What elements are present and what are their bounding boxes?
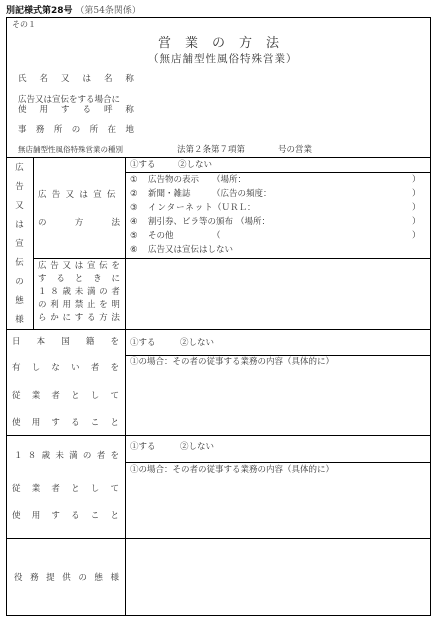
minor-no-option[interactable]: ②しない [180, 443, 214, 452]
business-type-number-input[interactable] [252, 144, 274, 156]
minor-ad-label-line: 広告又は宣伝を [38, 262, 120, 271]
divider [6, 157, 431, 158]
ad-option-num[interactable]: ⑤ [130, 232, 138, 241]
minor-label-line: １８歳未満の者を [14, 452, 119, 461]
ad-option-detail: （ [212, 232, 221, 241]
minor-ad-label-line: するときに [38, 275, 120, 284]
minor-detail-label: ①の場合：その者の従事する業務の内容（具体的に） [130, 466, 334, 475]
minor-detail-input[interactable] [127, 478, 429, 536]
service-label: 役務提供の態様 [14, 574, 119, 583]
ad-option-detail: （場所： [212, 176, 246, 185]
ad-option-text: 新聞・雑誌 [148, 190, 191, 199]
business-type-prefix: 法第２条第７項第 [177, 146, 245, 155]
minor-label-line: 従業者として [12, 485, 119, 494]
divider [6, 329, 431, 330]
business-type-label: 無店舗型性風俗特殊営業の種別 [18, 146, 123, 154]
divider [6, 435, 431, 436]
foreign-label-line: 使用すること [12, 419, 119, 428]
name-label: 氏名又は名称 [18, 75, 134, 84]
ad-option-detail: （ＵＲＬ： [213, 204, 256, 213]
foreign-label-line: 従業者として [12, 392, 119, 401]
ad-option-num[interactable]: ④ [130, 218, 138, 227]
advertising-section-label: 広告又は宣伝の態様 [6, 161, 33, 325]
ad-no-option[interactable]: ②しない [178, 161, 212, 170]
name-input[interactable] [140, 70, 425, 84]
ad-option-close: ） [412, 232, 421, 241]
page-subtitle: （無店舗型性風俗特殊営業） [148, 54, 298, 65]
divider [125, 462, 431, 463]
ad-option-close: ） [412, 204, 421, 213]
ad-option-text: 広告又は宣伝はしない [148, 246, 233, 255]
divider [6, 538, 431, 539]
minor-label-line: 使用すること [12, 512, 119, 521]
office-address-label: 事務所の所在地 [18, 126, 134, 135]
minor-ad-method-input[interactable] [127, 260, 429, 327]
ad-yes-option[interactable]: ①する [130, 161, 156, 170]
ad-method-label-line1: 広告又は宣伝 [38, 191, 121, 200]
ad-option-text: 広告物の表示 [148, 176, 199, 185]
ad-option-detail: （広告の頻度： [212, 190, 272, 199]
minor-ad-label-line: らかにする方法 [38, 314, 120, 323]
form-number: 別記様式第28号 [6, 6, 73, 16]
divider [33, 258, 431, 259]
ad-option-text: 割引券、ビラ等の頒布 [148, 218, 233, 227]
ad-option-close: ） [412, 176, 421, 185]
foreign-label-line: 日本国籍を [12, 338, 119, 347]
foreign-no-option[interactable]: ②しない [180, 339, 214, 348]
page-title: 営業の方法 [158, 37, 293, 50]
form-caption: 別記様式第28号 （第54条関係） [6, 3, 141, 16]
ad-method-label-line2: の方法 [38, 219, 120, 228]
divider [125, 355, 431, 356]
foreign-detail-input[interactable] [127, 370, 429, 433]
business-type-suffix: 号の営業 [278, 146, 312, 155]
form-note: （第54条関係） [75, 6, 140, 16]
service-input[interactable] [127, 540, 429, 614]
foreign-label-line: 有しない者を [12, 364, 119, 373]
ad-option-num[interactable]: ② [130, 190, 138, 199]
divider [33, 157, 34, 329]
alias-label-line1: 広告又は宣伝をする場合に [18, 96, 120, 105]
foreign-yes-option[interactable]: ①する [130, 339, 156, 348]
alias-label-line2: 使用する呼称 [18, 106, 134, 115]
divider [125, 172, 431, 173]
alias-input[interactable] [140, 94, 425, 116]
divider [125, 157, 126, 616]
ad-option-text: その他 [148, 232, 174, 241]
ad-option-detail: （場所： [236, 218, 270, 227]
part-label: その１ [12, 21, 36, 29]
ad-option-close: ） [412, 190, 421, 199]
ad-option-num[interactable]: ③ [130, 204, 138, 213]
ad-option-num[interactable]: ① [130, 176, 138, 185]
ad-option-text: インターネット [148, 204, 214, 213]
minor-yes-option[interactable]: ①する [130, 443, 156, 452]
minor-ad-label-line: １８歳未満の者 [38, 288, 120, 297]
ad-option-num[interactable]: ⑥ [130, 246, 138, 255]
foreign-detail-label: ①の場合：その者の従事する業務の内容（具体的に） [130, 358, 334, 367]
office-address-input[interactable] [140, 121, 425, 135]
ad-option-close: ） [412, 218, 421, 227]
minor-ad-label-line: の利用禁止を明 [38, 301, 120, 310]
